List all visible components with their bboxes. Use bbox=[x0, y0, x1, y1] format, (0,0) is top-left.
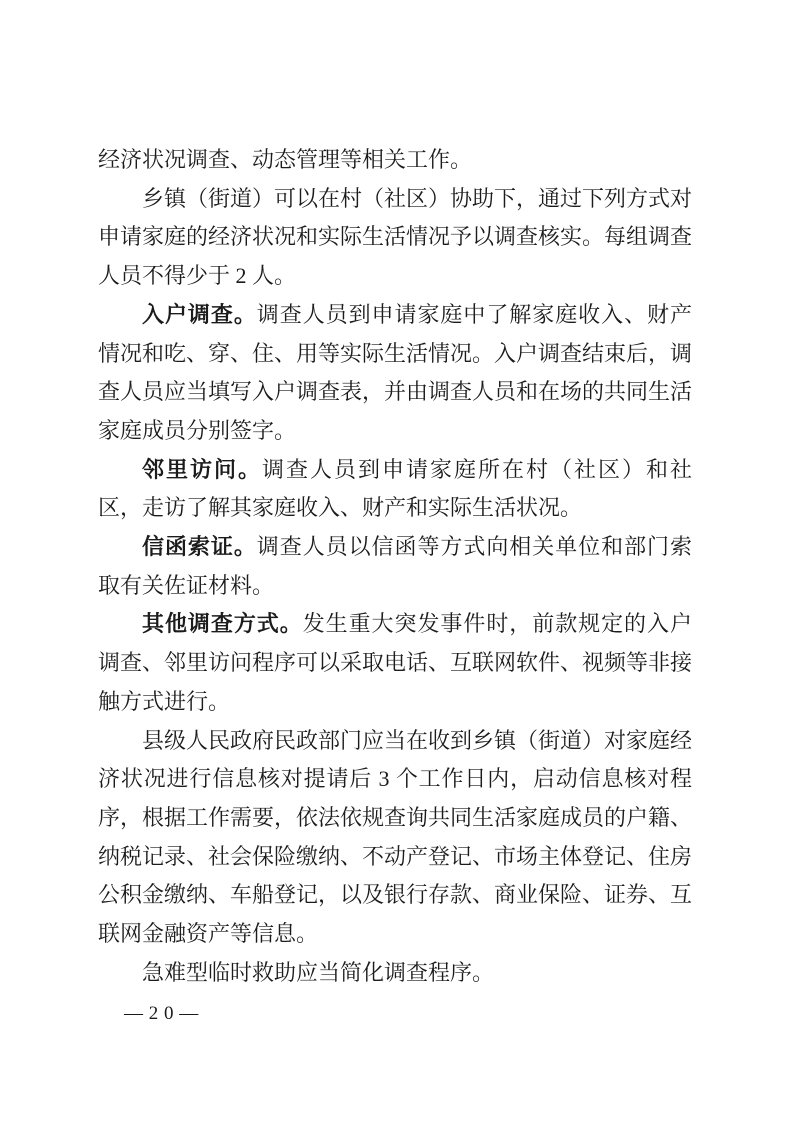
paragraph-other-methods: 其他调查方式。发生重大突发事件时，前款规定的入户调查、邻里访问程序可以采取电话、… bbox=[98, 605, 692, 721]
paragraph-text: 急难型临时救助应当简化调查程序。 bbox=[142, 960, 494, 985]
paragraph-household-survey: 入户调查。调查人员到申请家庭中了解家庭收入、财产情况和吃、穿、住、用等实际生活情… bbox=[98, 296, 692, 451]
paragraph-info-check: 县级人民政府民政部门应当在收到乡镇（街道）对家庭经济状况进行信息核对提请后 3 … bbox=[98, 722, 692, 954]
paragraph-lead: 信函索证。 bbox=[142, 534, 257, 559]
paragraph-lead: 其他调查方式。 bbox=[142, 611, 303, 636]
paragraph-text: 县级人民政府民政部门应当在收到乡镇（街道）对家庭经济状况进行信息核对提请后 3 … bbox=[98, 728, 692, 947]
paragraph-lead: 邻里访问。 bbox=[142, 457, 262, 482]
paragraph-neighbor-visit: 邻里访问。调查人员到申请家庭所在村（社区）和社区，走访了解其家庭收入、财产和实际… bbox=[98, 451, 692, 528]
page-number: — 2 0 — bbox=[124, 1003, 199, 1025]
paragraph-text: 经济状况调查、动态管理等相关工作。 bbox=[98, 147, 472, 172]
document-page: 经济状况调查、动态管理等相关工作。 乡镇（街道）可以在村（社区）协助下，通过下列… bbox=[0, 0, 793, 1122]
document-body: 经济状况调查、动态管理等相关工作。 乡镇（街道）可以在村（社区）协助下，通过下列… bbox=[98, 141, 692, 992]
paragraph: 乡镇（街道）可以在村（社区）协助下，通过下列方式对申请家庭的经济状况和实际生活情… bbox=[98, 180, 692, 296]
paragraph-letter-verification: 信函索证。调查人员以信函等方式向相关单位和部门索取有关佐证材料。 bbox=[98, 528, 692, 605]
paragraph-emergency-assistance: 急难型临时救助应当简化调查程序。 bbox=[98, 954, 692, 993]
paragraph-text: 乡镇（街道）可以在村（社区）协助下，通过下列方式对申请家庭的经济状况和实际生活情… bbox=[98, 186, 692, 288]
paragraph-continuation: 经济状况调查、动态管理等相关工作。 bbox=[98, 141, 692, 180]
paragraph-lead: 入户调查。 bbox=[142, 302, 257, 327]
